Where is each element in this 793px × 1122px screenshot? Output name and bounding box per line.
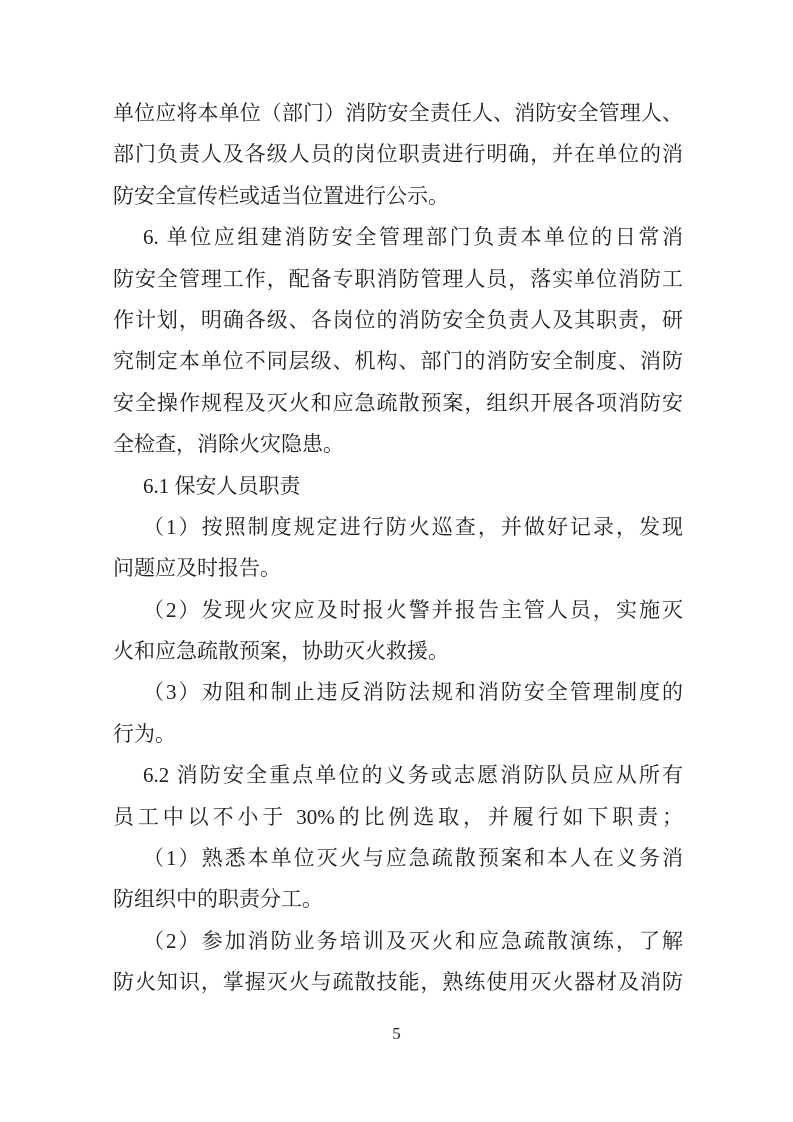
text-line: 问题应及时报告。 [113,548,683,589]
text-line: 部门负责人及各级人员的岗位职责进行明确，并在单位的消 [113,134,683,175]
text-line: （2）参加消防业务培训及灭火和应急疏散演练，了解 [113,921,683,962]
paragraph: （2）参加消防业务培训及灭火和应急疏散演练，了解 防火知识，掌握灭火与疏散技能，… [113,921,683,1004]
paragraph-heading: 6.1 保安人员职责 [113,466,683,507]
text-line: 防火知识，掌握灭火与疏散技能，熟练使用灭火器材及消防 [113,962,683,1003]
text-line: 员工中以不小于 30%的比例选取，并履行如下职责； [113,797,683,838]
document-body: 单位应将本单位（部门）消防安全责任人、消防安全管理人、 部门负责人及各级人员的岗… [113,93,683,1004]
page-number: 5 [0,1024,793,1044]
text-line: 全检查，消除火灾隐患。 [113,424,683,465]
section-heading: 6.1 保安人员职责 [113,466,683,507]
text-line: 行为。 [113,714,683,755]
paragraph: （2）发现火灾应及时报火警并报告主管人员，实施灭 火和应急疏散预案，协助灭火救援… [113,590,683,673]
text-line: 防安全管理工作，配备专职消防管理人员，落实单位消防工 [113,259,683,300]
paragraph: （3）劝阻和制止违反消防法规和消防安全管理制度的 行为。 [113,672,683,755]
paragraph: 单位应将本单位（部门）消防安全责任人、消防安全管理人、 部门负责人及各级人员的岗… [113,93,683,217]
text-line: 火和应急疏散预案，协助灭火救援。 [113,631,683,672]
paragraph: （1）熟悉本单位灭火与应急疏散预案和本人在义务消 防组织中的职责分工。 [113,838,683,921]
text-line: 究制定本单位不同层级、机构、部门的消防安全制度、消防 [113,341,683,382]
text-line: （3）劝阻和制止违反消防法规和消防安全管理制度的 [113,672,683,713]
text-line: 单位应将本单位（部门）消防安全责任人、消防安全管理人、 [113,93,683,134]
paragraph: 6. 单位应组建消防安全管理部门负责本单位的日常消 防安全管理工作，配备专职消防… [113,217,683,465]
text-line: 防安全宣传栏或适当位置进行公示。 [113,176,683,217]
text-line: 安全操作规程及灭火和应急疏散预案，组织开展各项消防安 [113,383,683,424]
text-line: （1）熟悉本单位灭火与应急疏散预案和本人在义务消 [113,838,683,879]
text-line: 防组织中的职责分工。 [113,879,683,920]
text-line: 6. 单位应组建消防安全管理部门负责本单位的日常消 [113,217,683,258]
text-line: 6.2 消防安全重点单位的义务或志愿消防队员应从所有 [113,755,683,796]
document-page: 单位应将本单位（部门）消防安全责任人、消防安全管理人、 部门负责人及各级人员的岗… [0,0,793,1122]
text-line: 作计划，明确各级、各岗位的消防安全负责人及其职责，研 [113,300,683,341]
text-line: （2）发现火灾应及时报火警并报告主管人员，实施灭 [113,590,683,631]
text-line: （1）按照制度规定进行防火巡查，并做好记录，发现 [113,507,683,548]
paragraph: 6.2 消防安全重点单位的义务或志愿消防队员应从所有 员工中以不小于 30%的比… [113,755,683,838]
paragraph: （1）按照制度规定进行防火巡查，并做好记录，发现 问题应及时报告。 [113,507,683,590]
